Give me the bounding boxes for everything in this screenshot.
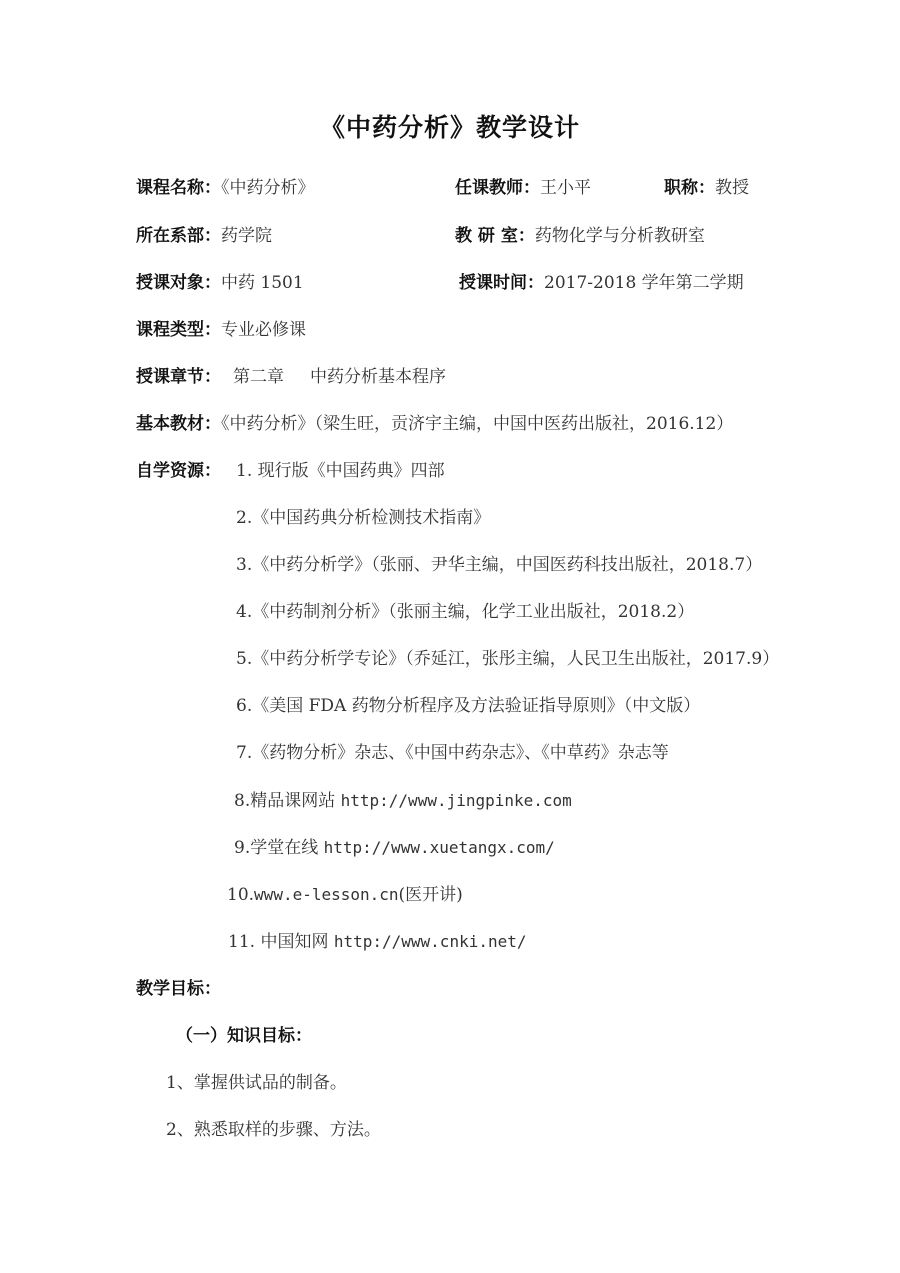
course-type-value: 专业必修课 [221, 320, 306, 340]
resource-prefix: 10. [227, 885, 254, 905]
resources-label: 自学资源： [136, 461, 221, 481]
objective-item: 2、熟悉取样的步骤、方法。 [166, 1118, 381, 1142]
chapter-label: 授课章节： [136, 367, 221, 387]
time-row: 授课时间：2017-2018 学年第二学期 [459, 271, 744, 295]
resource-item: 11. 中国知网 http://www.cnki.net/ [228, 930, 527, 954]
teaching-office-value: 药物化学与分析教研室 [535, 226, 705, 246]
audience-row: 授课对象：中药 1501 [136, 271, 304, 295]
audience-value: 中药 1501 [221, 273, 304, 293]
time-label: 授课时间： [459, 273, 544, 293]
chapter-row: 授课章节：第二章中药分析基本程序 [136, 365, 446, 389]
course-name-row: 课程名称：《中药分析》 [136, 176, 315, 200]
course-name-label: 课程名称： [136, 178, 221, 198]
chapter-title: 中药分析基本程序 [310, 367, 446, 387]
resource-item: 7.《药物分析》杂志、《中国中药杂志》、《中草药》杂志等 [236, 741, 669, 765]
knowledge-objectives-label: （一）知识目标： [176, 1026, 312, 1046]
department-value: 药学院 [221, 226, 272, 246]
chapter-number: 第二章 [233, 367, 284, 387]
teaching-office-label: 教 研 室： [455, 226, 535, 246]
objective-item: 1、掌握供试品的制备。 [166, 1071, 347, 1095]
resource-link[interactable]: http://www.xuetangx.com/ [324, 838, 555, 857]
resource-prefix: 8.精品课网站 [234, 791, 341, 811]
department-label: 所在系部： [136, 226, 221, 246]
teacher-label: 任课教师： [455, 178, 540, 198]
textbook-label: 基本教材： [136, 414, 221, 434]
teacher-row: 任课教师：王小平 [455, 176, 591, 200]
resource-link[interactable]: www.e-lesson.cn [254, 885, 399, 904]
textbook-row: 基本教材：《中药分析》（梁生旺，贡济宇主编，中国中医药出版社，2016.12） [136, 412, 733, 436]
objectives-heading: 教学目标： [136, 977, 221, 1001]
teaching-office-row: 教 研 室：药物化学与分析教研室 [455, 224, 705, 248]
title-rank-row: 职称：教授 [664, 176, 749, 200]
resource-item: 5.《中药分析学专论》（乔延江，张彤主编，人民卫生出版社，2017.9） [236, 647, 779, 671]
course-name-value: 《中药分析》 [221, 178, 315, 198]
resource-link[interactable]: http://www.jingpinke.com [341, 791, 572, 810]
resources-label-row: 自学资源： [136, 459, 221, 483]
knowledge-objectives-heading: （一）知识目标： [176, 1024, 312, 1048]
resource-suffix: (医开讲) [399, 885, 463, 905]
resource-item: 10.www.e-lesson.cn(医开讲) [227, 883, 463, 907]
audience-label: 授课对象： [136, 273, 221, 293]
resource-prefix: 11. 中国知网 [228, 932, 334, 952]
resource-item: 3.《中药分析学》（张丽、尹华主编，中国医药科技出版社，2018.7） [236, 553, 762, 577]
title-rank-label: 职称： [664, 178, 715, 198]
resource-item: 6.《美国 FDA 药物分析程序及方法验证指导原则》（中文版） [236, 694, 700, 718]
resource-item: 8.精品课网站 http://www.jingpinke.com [234, 789, 572, 813]
textbook-value: 《中药分析》（梁生旺，贡济宇主编，中国中医药出版社，2016.12） [221, 414, 733, 434]
resource-item: 1. 现行版《中国药典》四部 [236, 459, 445, 483]
resource-item: 4.《中药制剂分析》（张丽主编，化学工业出版社，2018.2） [236, 600, 694, 624]
time-value: 2017-2018 学年第二学期 [544, 273, 744, 293]
objectives-label: 教学目标： [136, 979, 221, 999]
resource-link[interactable]: http://www.cnki.net/ [334, 932, 527, 951]
resource-prefix: 9.学堂在线 [234, 838, 324, 858]
course-type-label: 课程类型： [136, 320, 221, 340]
title-rank-value: 教授 [715, 178, 749, 198]
course-type-row: 课程类型：专业必修课 [136, 318, 306, 342]
resource-item: 9.学堂在线 http://www.xuetangx.com/ [234, 836, 555, 860]
page-title: 《中药分析》教学设计 [0, 108, 900, 144]
teacher-value: 王小平 [540, 178, 591, 198]
department-row: 所在系部：药学院 [136, 224, 272, 248]
resource-item: 2.《中国药典分析检测技术指南》 [236, 506, 490, 530]
